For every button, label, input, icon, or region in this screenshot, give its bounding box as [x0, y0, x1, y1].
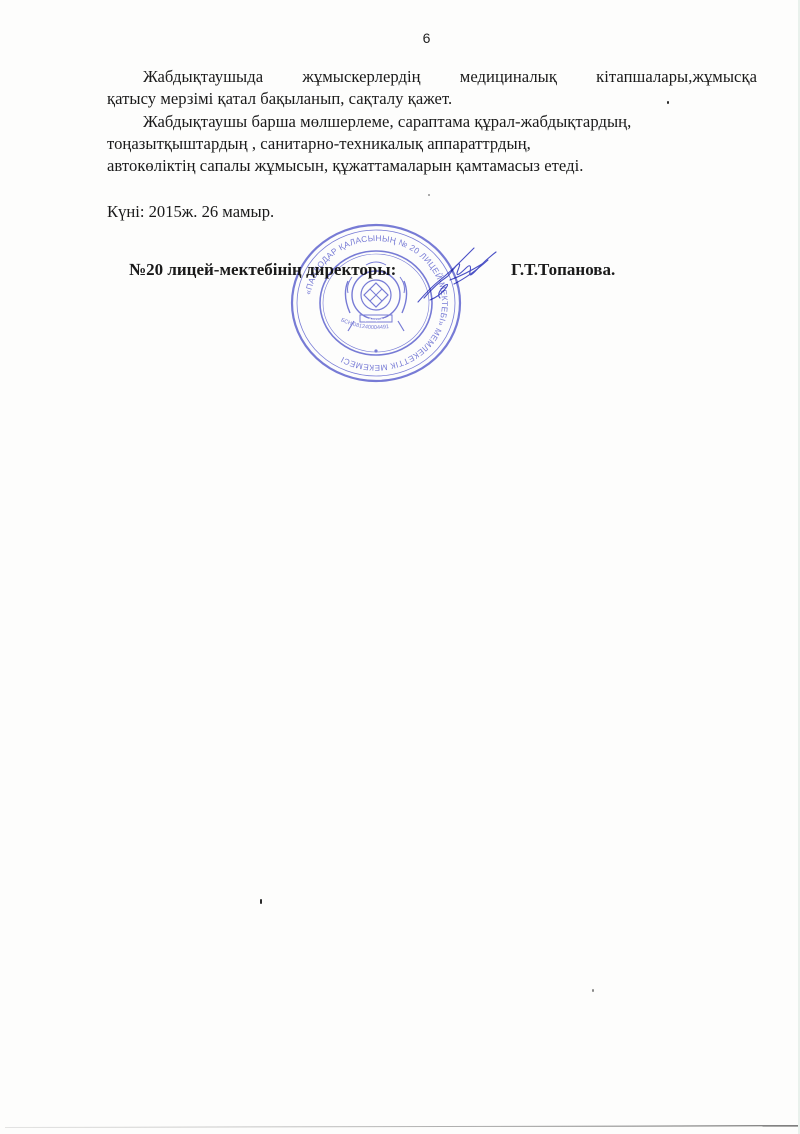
scan-speck — [592, 989, 594, 992]
body-text: Жабдықтаушыда жұмыскерлердің медициналық… — [107, 66, 757, 177]
scan-speck — [428, 194, 430, 196]
paragraph-line: автокөліктің сапалы жұмысын, құжаттамала… — [107, 155, 757, 177]
scanned-page: 6 Жабдықтаушыда жұмыскерлердің медицинал… — [0, 0, 800, 1134]
stamp-emblem-text: ҚАЗАҚСТАН — [363, 317, 389, 322]
page-number: 6 — [0, 30, 800, 46]
handwritten-signature-icon — [410, 240, 500, 310]
date-line: Күні: 2015ж. 26 мамыр. — [107, 202, 274, 222]
scan-speck — [260, 899, 262, 904]
scanner-edge-line — [5, 1125, 800, 1128]
scan-speck — [667, 101, 669, 104]
paragraph-line: тоңазытқыштардың , санитарно-техникалық … — [107, 133, 757, 155]
signatory-name: Г.Т.Топанова. — [511, 260, 615, 280]
paragraph-equipment: Жабдықтаушы барша мөлшерлеме, сараптама … — [107, 111, 757, 178]
paragraph-line: Жабдықтаушыда жұмыскерлердің медициналық… — [107, 66, 757, 88]
paragraph-medical-books: Жабдықтаушыда жұмыскерлердің медициналық… — [107, 66, 757, 111]
paragraph-line: қатысу мерзімі қатал бақыланып, сақталу … — [107, 88, 757, 110]
paragraph-line: Жабдықтаушы барша мөлшерлеме, сараптама … — [107, 111, 757, 133]
